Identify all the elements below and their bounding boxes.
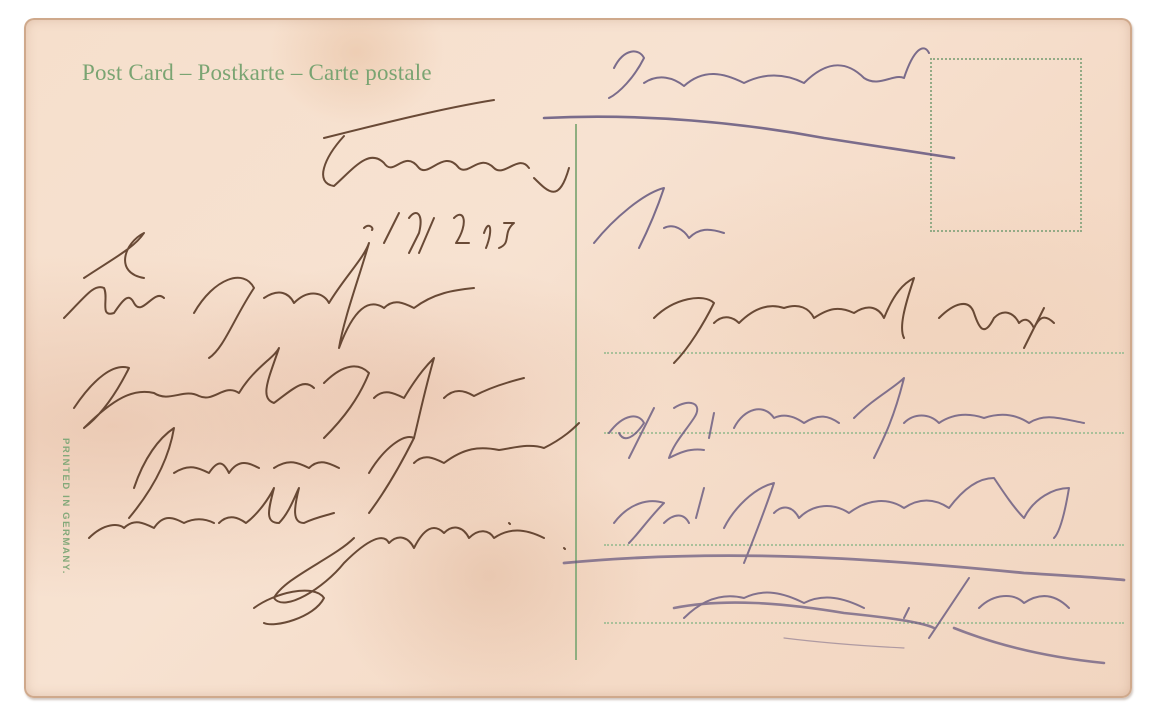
postcard-header-title: Post Card – Postkarte – Carte postale [82, 60, 432, 86]
handwritten-annotation: Erledigt / Abwirf (struck through) [24, 18, 25, 19]
address-recipient: Richard Vogt. [24, 18, 25, 19]
handwritten-message-line-3: sendet an Richard [24, 18, 25, 19]
address-line-3 [604, 544, 1124, 546]
stamp-box [930, 58, 1082, 232]
address-line-4 [604, 622, 1124, 624]
address-line-text-3: a/ Zitt... (crossed) [24, 18, 25, 19]
handwritten-message-line-1: Die herzlichsten [24, 18, 25, 19]
postcard-back: Post Card – Postkarte – Carte postale PR… [24, 18, 1132, 698]
printed-in-germany-imprint: PRINTED IN GERMANY. [60, 438, 71, 575]
address-an: An [24, 18, 25, 19]
handwritten-message-line-4: und alle [24, 18, 25, 19]
address-line-text-4: ... (crossed) [24, 18, 25, 19]
handwritten-message-line-2: Weihnachts Grüße [24, 18, 25, 19]
handwritten-signature: Edwin. [24, 18, 25, 19]
address-line-1 [604, 352, 1124, 354]
handwritten-place-date: Kattowitz 9.(16)/12 15. [24, 18, 25, 19]
address-line-text-5: ... Dorf [24, 18, 25, 19]
center-divider-line [575, 124, 577, 660]
address-line-2 [604, 432, 1124, 434]
